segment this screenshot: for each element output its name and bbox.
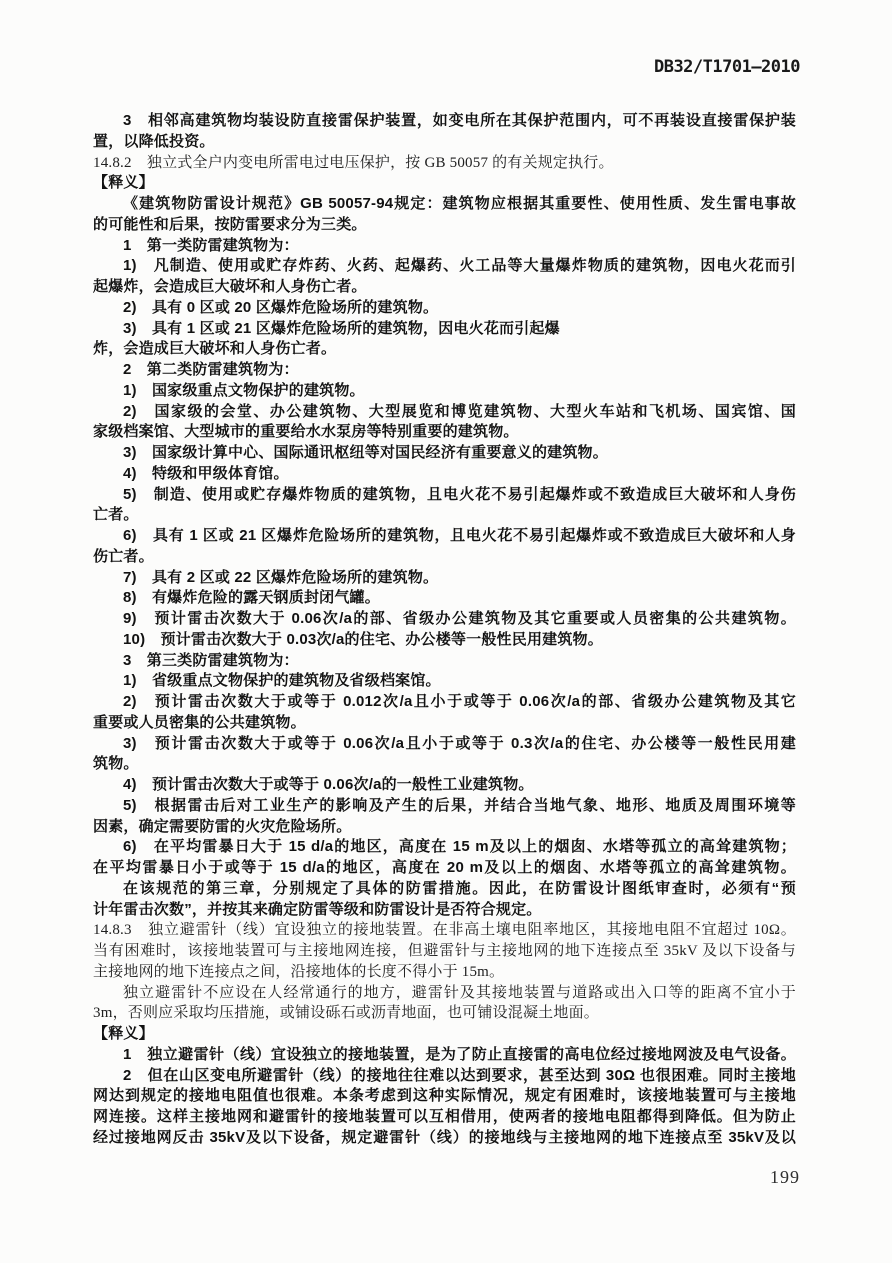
- text-line: 4) 特级和甲级体育馆。: [93, 464, 796, 485]
- text-line: 2 但在山区变电所避雷针（线）的接地往往难以达到要求，甚至达到 30Ω 也很困难…: [93, 1066, 796, 1087]
- text-line: 9) 预计雷击次数大于 0.06次/a的部、省级办公建筑物及其它重要或人员密集的…: [93, 609, 796, 630]
- text-line: 3) 国家级计算中心、国际通讯枢纽等对国民经济有重要意义的建筑物。: [93, 443, 796, 464]
- text-line: 因素，确定需要防雷的火灾危险场所。: [93, 817, 796, 838]
- text-line: 5) 根据雷击后对工业生产的影响及产生的后果，并结合当地气象、地形、地质及周围环…: [93, 796, 796, 817]
- text-line: 炸，会造成巨大破坏和人身伤亡者。: [93, 339, 796, 360]
- text-line: 亡者。: [93, 505, 796, 526]
- text-line: 6) 在平均雷暴日大于 15 d/a的地区，高度在 15 m及以上的烟囱、水塔等…: [93, 837, 796, 858]
- text-line: 3m，否则应采取均压措施，或铺设砾石或沥青地面，也可铺设混凝土地面。: [93, 1003, 796, 1024]
- text-line: 2) 具有 0 区或 20 区爆炸危险场所的建筑物。: [93, 298, 796, 319]
- text-line: 独立避雷针不应设在人经常通行的地方，避雷针及其接地装置与道路或出入口等的距离不宜…: [93, 983, 796, 1004]
- text-line: 2) 预计雷击次数大于或等于 0.012次/a且小于或等于 0.06次/a的部、…: [93, 692, 796, 713]
- text-line: 【释义】: [93, 173, 796, 194]
- document-page: DB32/T1701—2010 3 相邻高建筑物均装设防直接雷保护装置，如变电所…: [0, 0, 892, 1263]
- text-line: 1) 省级重点文物保护的建筑物及省级档案馆。: [93, 671, 796, 692]
- text-line: 起爆炸，会造成巨大破坏和人身伤亡者。: [93, 277, 796, 298]
- document-body: 3 相邻高建筑物均装设防直接雷保护装置，如变电所在其保护范围内，可不再装设直接雷…: [93, 111, 796, 1149]
- standard-number-header: DB32/T1701—2010: [654, 57, 800, 77]
- text-line: 伤亡者。: [93, 547, 796, 568]
- text-line: 重要或人员密集的公共建筑物。: [93, 713, 796, 734]
- text-line: 14.8.2 独立式全户内变电所雷电过电压保护，按 GB 50057 的有关规定…: [93, 153, 796, 174]
- text-line: 网达到规定的接地电阻值也很难。本条考虑到这种实际情况，规定有困难时，该接地装置可…: [93, 1086, 796, 1107]
- text-line: 3) 预计雷击次数大于或等于 0.06次/a且小于或等于 0.3次/a的住宅、办…: [93, 734, 796, 755]
- text-line: 6) 具有 1 区或 21 区爆炸危险场所的建筑物，且电火花不易引起爆炸或不致造…: [93, 526, 796, 547]
- text-line: 1 第一类防雷建筑物为：: [93, 236, 796, 257]
- text-line: 置，以降低投资。: [93, 132, 796, 153]
- text-line: 1 独立避雷针（线）宜设独立的接地装置，是为了防止直接雷的高电位经过接地网波及电…: [93, 1045, 796, 1066]
- text-line: 主接地网的地下连接点之间，沿接地体的长度不得小于 15m。: [93, 962, 796, 983]
- text-line: 当有困难时，该接地装置可与主接地网连接，但避雷针与主接地网的地下连接点至 35k…: [93, 941, 796, 962]
- text-line: 2) 国家级的会堂、办公建筑物、大型展览和博览建筑物、大型火车站和飞机场、国宾馆…: [93, 402, 796, 423]
- text-line: 10) 预计雷击次数大于 0.03次/a的住宅、办公楼等一般性民用建筑物。: [93, 630, 796, 651]
- text-line: 在平均雷暴日小于或等于 15 d/a的地区，高度在 20 m及以上的烟囱、水塔等…: [93, 858, 796, 879]
- text-line: 计年雷击次数”，并按其来确定防雷等级和防雷设计是否符合规定。: [93, 900, 796, 921]
- text-line: 1) 凡制造、使用或贮存炸药、火药、起爆药、火工品等大量爆炸物质的建筑物，因电火…: [93, 256, 796, 277]
- text-line: 3) 具有 1 区或 21 区爆炸危险场所的建筑物，因电火花而引起爆: [93, 319, 796, 340]
- text-line: 《建筑物防雷设计规范》GB 50057-94规定：建筑物应根据其重要性、使用性质…: [93, 194, 796, 215]
- text-line: 8) 有爆炸危险的露天钢质封闭气罐。: [93, 588, 796, 609]
- text-line: 1) 国家级重点文物保护的建筑物。: [93, 381, 796, 402]
- text-line: 3 相邻高建筑物均装设防直接雷保护装置，如变电所在其保护范围内，可不再装设直接雷…: [93, 111, 796, 132]
- text-line: 14.8.3 独立避雷针（线）宜设独立的接地装置。在非高土壤电阻率地区，其接地电…: [93, 920, 796, 941]
- text-line: 网连接。这样主接地网和避雷针的接地装置可以互相借用，使两者的接地电阻都得到降低。…: [93, 1107, 796, 1128]
- text-line: 3 第三类防雷建筑物为：: [93, 651, 796, 672]
- text-line: 4) 预计雷击次数大于或等于 0.06次/a的一般性工业建筑物。: [93, 775, 796, 796]
- text-line: 2 第二类防雷建筑物为：: [93, 360, 796, 381]
- text-line: 在该规范的第三章，分别规定了具体的防雷措施。因此，在防雷设计图纸审查时，必须有“…: [93, 879, 796, 900]
- text-line: 7) 具有 2 区或 22 区爆炸危险场所的建筑物。: [93, 568, 796, 589]
- text-line: 的可能性和后果，按防雷要求分为三类。: [93, 215, 796, 236]
- text-line: 5) 制造、使用或贮存爆炸物质的建筑物，且电火花不易引起爆炸或不致造成巨大破坏和…: [93, 485, 796, 506]
- text-line: 经过接地网反击 35kV及以下设备，规定避雷针（线）的接地线与主接地网的地下连接…: [93, 1128, 796, 1149]
- text-line: 筑物。: [93, 754, 796, 775]
- text-line: 家级档案馆、大型城市的重要给水水泵房等特别重要的建筑物。: [93, 422, 796, 443]
- text-line: 【释义】: [93, 1024, 796, 1045]
- page-number: 199: [770, 1167, 800, 1188]
